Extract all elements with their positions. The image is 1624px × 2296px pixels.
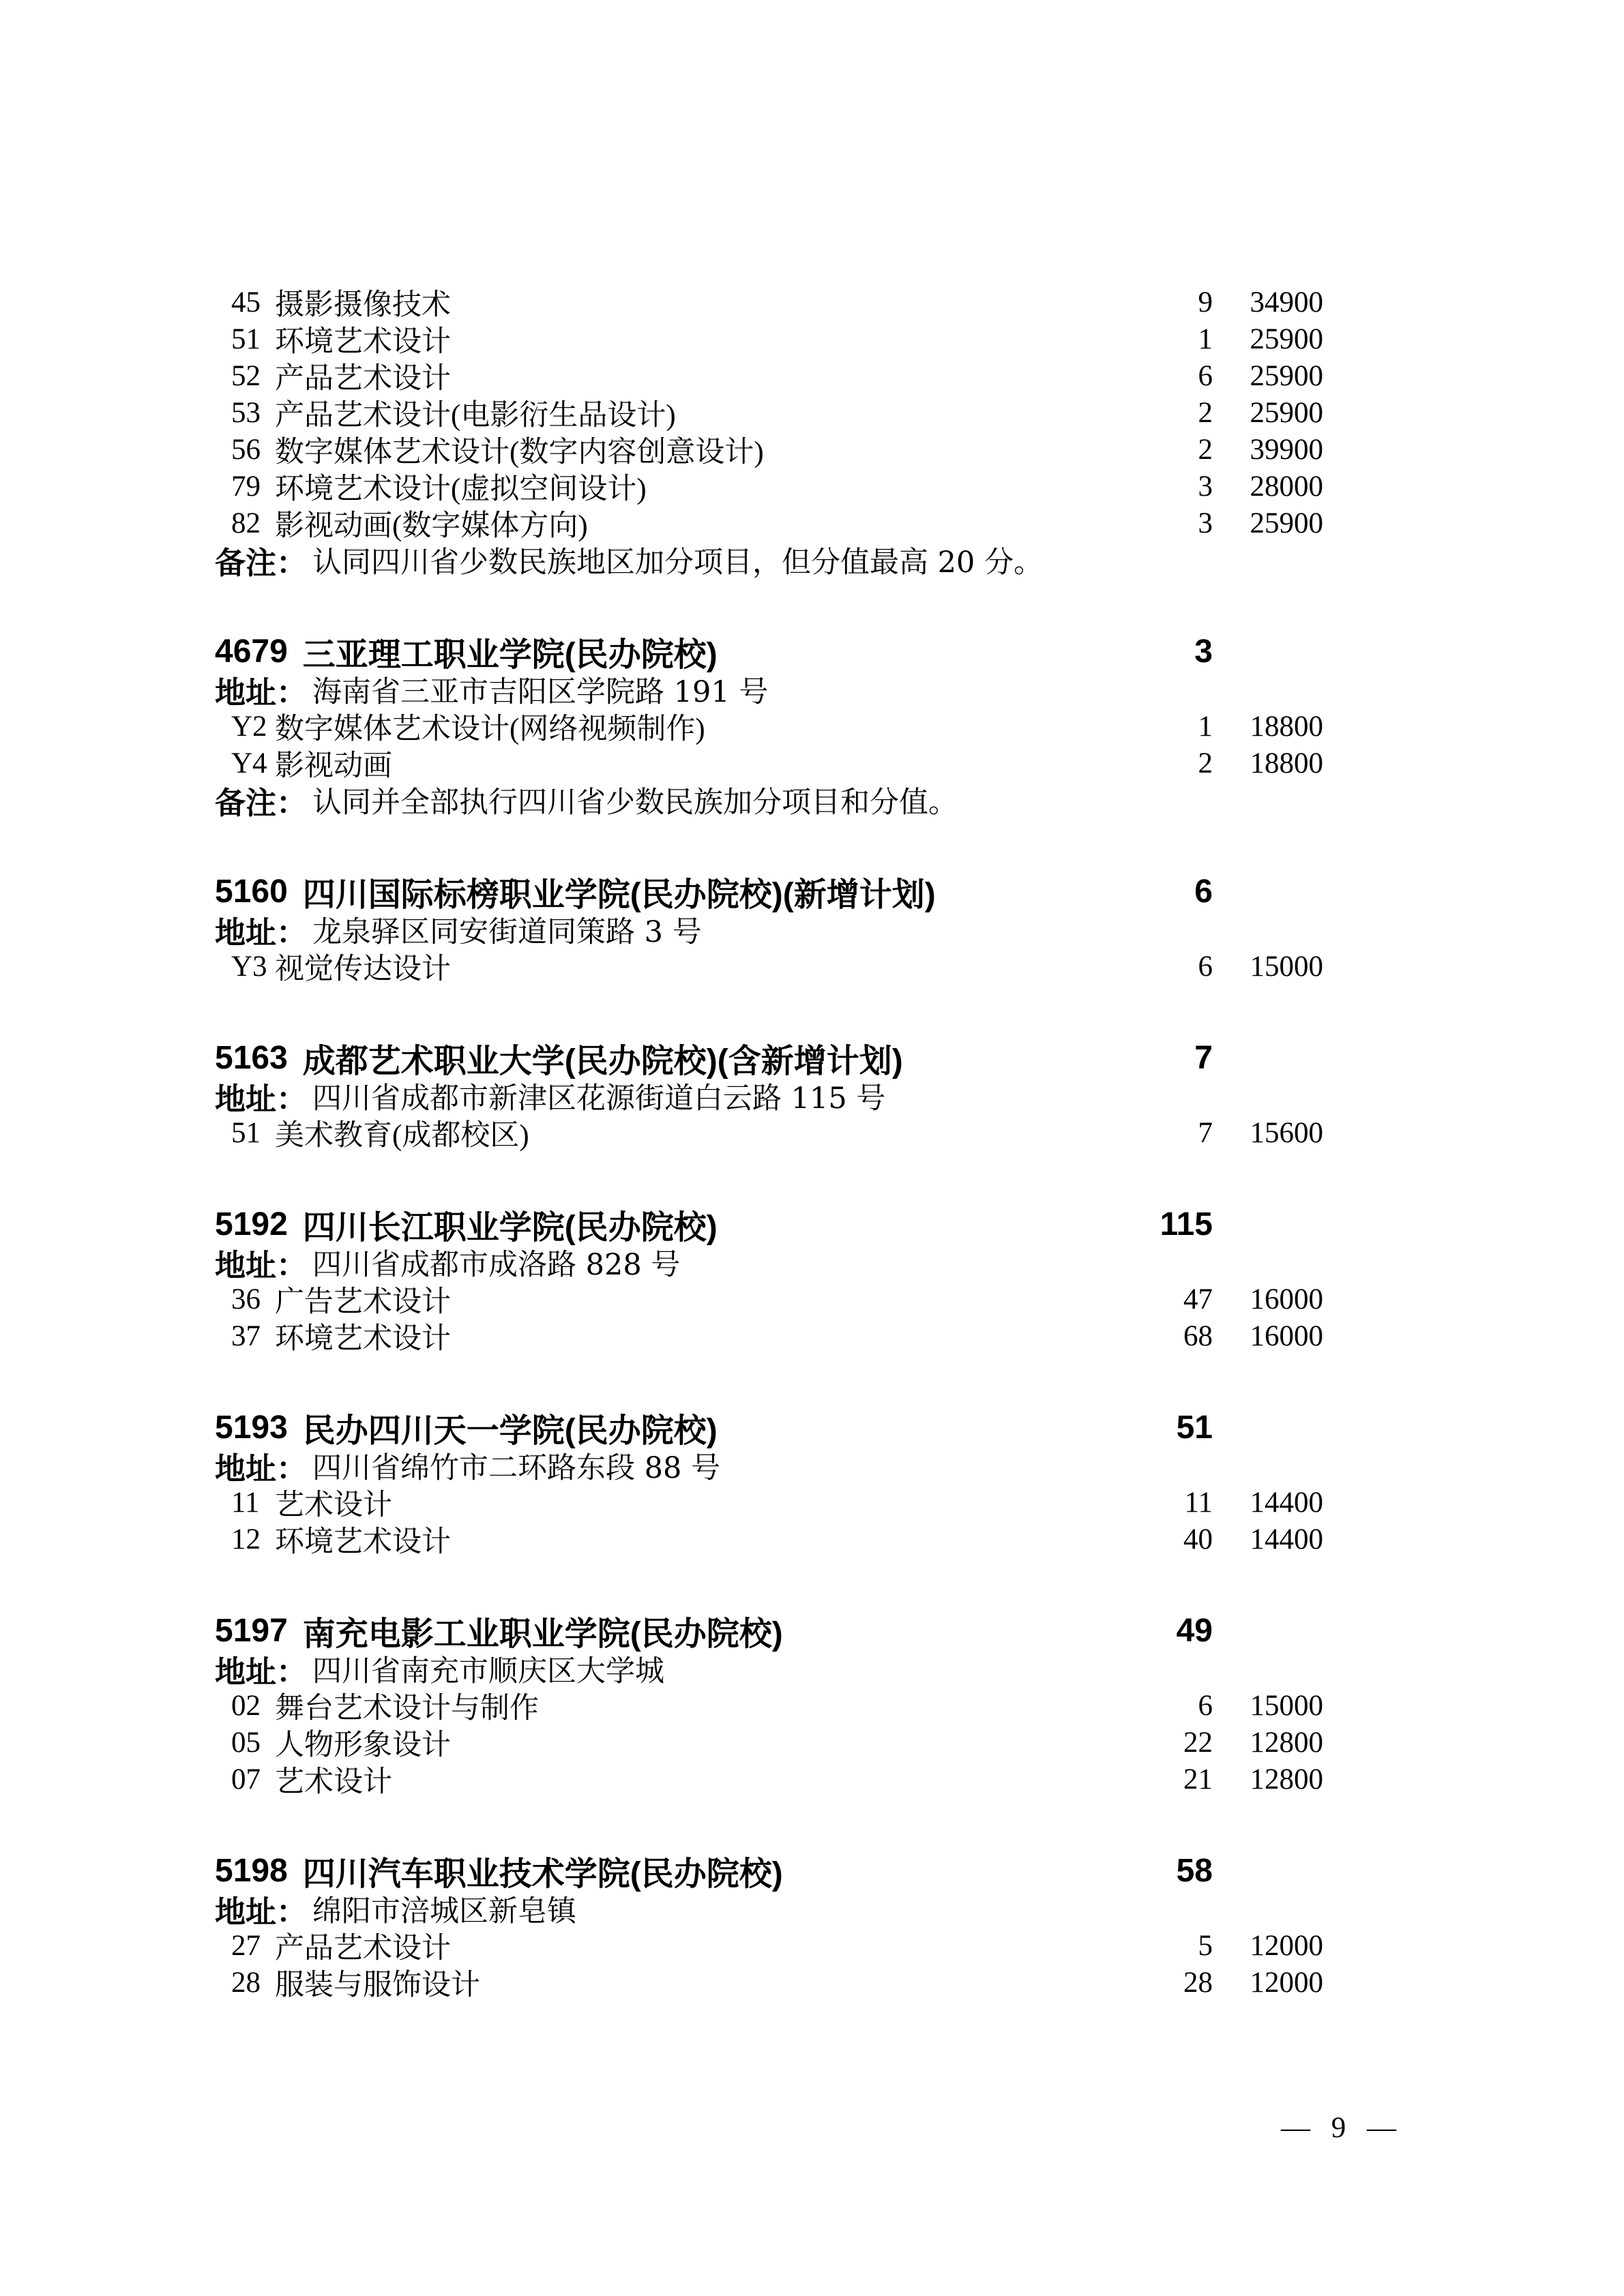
note-row: 备注： 认同四川省少数民族地区加分项目，但分值最高 20 分。 — [215, 541, 1323, 578]
address-value: 绵阳市涪城区新皂镇 — [312, 1888, 1323, 1930]
program-code: Y3 — [231, 950, 268, 983]
program-row: 79 环境艺术设计(虚拟空间设计) 3 28000 — [215, 468, 1323, 505]
institution-count: 49 — [1131, 1612, 1213, 1650]
program-fee: 12000 — [1213, 1929, 1323, 1963]
address-row: 地址： 龙泉驿区同安街道同策路 3 号 — [215, 911, 1323, 948]
program-fee: 34900 — [1213, 286, 1323, 319]
program-fee: 12800 — [1213, 1726, 1323, 1759]
program-fee: 18800 — [1213, 747, 1323, 780]
document-page: 45 摄影摄像技术 9 34900 51 环境艺术设计 1 25900 52 产… — [0, 0, 1624, 2296]
institution-code: 5163 — [215, 1039, 288, 1077]
program-code: 53 — [231, 396, 268, 430]
program-code: 36 — [231, 1283, 268, 1316]
institution-count: 58 — [1131, 1852, 1213, 1890]
note-label: 备注： — [215, 778, 307, 822]
address-row: 地址： 四川省成都市新津区花源街道白云路 115 号 — [215, 1077, 1323, 1114]
program-code: 05 — [231, 1726, 268, 1759]
program-row: 51 美术教育(成都校区) 7 15600 — [215, 1114, 1323, 1151]
program-code: 02 — [231, 1689, 268, 1723]
program-count: 7 — [1131, 1116, 1213, 1150]
program-name: 环境艺术设计 — [275, 318, 1131, 360]
page-number: — 9 — — [1281, 2111, 1403, 2145]
program-row: 37 环境艺术设计 68 16000 — [215, 1317, 1323, 1354]
program-name: 摄影摄像技术 — [275, 282, 1131, 323]
program-name: 环境艺术设计 — [275, 1315, 1131, 1357]
program-name: 影视动画(数字媒体方向) — [275, 503, 1131, 544]
program-row: 05 人物形象设计 22 12800 — [215, 1724, 1323, 1761]
institution-section: 5193 民办四川天一学院(民办院校) 51 地址： 四川省绵竹市二环路东段 8… — [215, 1407, 1323, 1557]
program-fee: 12800 — [1213, 1763, 1323, 1796]
program-count: 68 — [1131, 1320, 1213, 1353]
program-row: Y4 影视动画 2 18800 — [215, 745, 1323, 781]
address-value: 四川省成都市成洛路 828 号 — [312, 1242, 1323, 1283]
institution-name: 四川汽车职业技术学院(民办院校) — [303, 1847, 1131, 1894]
institution-code: 5197 — [215, 1612, 288, 1650]
program-code: 11 — [231, 1486, 268, 1519]
program-name: 环境艺术设计(虚拟空间设计) — [275, 466, 1131, 507]
program-name: 艺术设计 — [275, 1759, 1131, 1800]
program-code: Y4 — [231, 747, 268, 780]
program-code: 79 — [231, 470, 268, 503]
program-row: 28 服装与服饰设计 28 12000 — [215, 1964, 1323, 2001]
program-count: 1 — [1131, 710, 1213, 743]
program-code: Y2 — [231, 710, 268, 743]
program-fee: 25900 — [1213, 323, 1323, 356]
program-code: 56 — [231, 433, 268, 466]
program-row: 07 艺术设计 21 12800 — [215, 1761, 1323, 1798]
program-count: 5 — [1131, 1929, 1213, 1963]
program-count: 2 — [1131, 433, 1213, 466]
institution-name: 四川国际标榜职业学院(民办院校)(新增计划) — [303, 868, 1131, 915]
program-count: 28 — [1131, 1966, 1213, 1999]
institution-section: 5163 成都艺术职业大学(民办院校)(含新增计划) 7 地址： 四川省成都市新… — [215, 1038, 1323, 1151]
address-value: 龙泉驿区同安街道同策路 3 号 — [312, 909, 1323, 951]
program-name: 数字媒体艺术设计(数字内容创意设计) — [275, 429, 1131, 471]
institution-name: 四川长江职业学院(民办院校) — [303, 1201, 1131, 1248]
institution-name: 民办四川天一学院(民办院校) — [303, 1404, 1131, 1451]
program-code: 52 — [231, 359, 268, 393]
program-fee: 25900 — [1213, 507, 1323, 540]
page-content: 45 摄影摄像技术 9 34900 51 环境艺术设计 1 25900 52 产… — [215, 284, 1323, 2001]
program-name: 产品艺术设计(电影衍生品设计) — [275, 392, 1131, 434]
program-row: 12 环境艺术设计 40 14400 — [215, 1521, 1323, 1557]
program-row: 82 影视动画(数字媒体方向) 3 25900 — [215, 505, 1323, 541]
program-name: 影视动画 — [275, 743, 1131, 784]
institution-section: 4679 三亚理工职业学院(民办院校) 3 地址： 海南省三亚市吉阳区学院路 1… — [215, 631, 1323, 818]
program-count: 47 — [1131, 1283, 1213, 1316]
note-text: 认同并全部执行四川省少数民族加分项目和分值。 — [312, 779, 1323, 821]
program-name: 数字媒体艺术设计(网络视频制作) — [275, 706, 1131, 747]
program-code: 51 — [231, 323, 268, 356]
institution-header: 4679 三亚理工职业学院(民办院校) 3 — [215, 631, 1323, 671]
institution-header: 5197 南充电影工业职业学院(民办院校) 49 — [215, 1611, 1323, 1650]
program-row: Y3 视觉传达设计 6 15000 — [215, 948, 1323, 985]
program-fee: 16000 — [1213, 1283, 1323, 1316]
program-name: 环境艺术设计 — [275, 1519, 1131, 1560]
program-name: 产品艺术设计 — [275, 1925, 1131, 1967]
program-name: 人物形象设计 — [275, 1722, 1131, 1763]
program-code: 27 — [231, 1929, 268, 1963]
institution-count: 7 — [1131, 1039, 1213, 1077]
program-name: 服装与服饰设计 — [275, 1962, 1131, 2003]
institution-code: 5160 — [215, 873, 288, 910]
program-name: 产品艺术设计 — [275, 355, 1131, 397]
address-row: 地址： 绵阳市涪城区新皂镇 — [215, 1890, 1323, 1927]
program-fee: 12000 — [1213, 1966, 1323, 1999]
program-code: 12 — [231, 1523, 268, 1556]
institution-code: 5192 — [215, 1206, 288, 1243]
program-count: 9 — [1131, 286, 1213, 319]
program-fee: 18800 — [1213, 710, 1323, 743]
address-row: 地址： 四川省绵竹市二环路东段 88 号 — [215, 1447, 1323, 1484]
program-fee: 28000 — [1213, 470, 1323, 503]
institution-name: 三亚理工职业学院(民办院校) — [303, 628, 1131, 675]
program-row: 51 环境艺术设计 1 25900 — [215, 320, 1323, 357]
program-count: 21 — [1131, 1763, 1213, 1796]
continued-program-list: 45 摄影摄像技术 9 34900 51 环境艺术设计 1 25900 52 产… — [215, 284, 1323, 578]
program-row: 11 艺术设计 11 14400 — [215, 1484, 1323, 1521]
program-row: 02 舞台艺术设计与制作 6 15000 — [215, 1687, 1323, 1724]
program-row: 45 摄影摄像技术 9 34900 — [215, 284, 1323, 320]
institution-name: 南充电影工业职业学院(民办院校) — [303, 1607, 1131, 1654]
program-name: 美术教育(成都校区) — [275, 1112, 1131, 1154]
program-name: 艺术设计 — [275, 1482, 1131, 1523]
program-fee: 15000 — [1213, 1689, 1323, 1723]
program-code: 37 — [231, 1320, 268, 1353]
program-count: 6 — [1131, 1689, 1213, 1723]
institution-code: 5193 — [215, 1409, 288, 1446]
address-value: 四川省南充市顺庆区大学城 — [312, 1648, 1323, 1690]
institution-count: 3 — [1131, 633, 1213, 670]
program-fee: 14400 — [1213, 1523, 1323, 1556]
program-row: 56 数字媒体艺术设计(数字内容创意设计) 2 39900 — [215, 431, 1323, 468]
institution-header: 5198 四川汽车职业技术学院(民办院校) 58 — [215, 1851, 1323, 1890]
program-code: 28 — [231, 1966, 268, 1999]
program-row: 36 广告艺术设计 47 16000 — [215, 1281, 1323, 1317]
address-row: 地址： 四川省南充市顺庆区大学城 — [215, 1650, 1323, 1687]
program-row: 27 产品艺术设计 5 12000 — [215, 1927, 1323, 1964]
program-code: 51 — [231, 1116, 268, 1150]
program-row: 52 产品艺术设计 6 25900 — [215, 357, 1323, 394]
program-fee: 39900 — [1213, 433, 1323, 466]
program-row: Y2 数字媒体艺术设计(网络视频制作) 1 18800 — [215, 708, 1323, 745]
program-count: 22 — [1131, 1726, 1213, 1759]
program-count: 40 — [1131, 1523, 1213, 1556]
program-fee: 25900 — [1213, 359, 1323, 393]
program-name: 舞台艺术设计与制作 — [275, 1685, 1131, 1727]
program-row: 53 产品艺术设计(电影衍生品设计) 2 25900 — [215, 394, 1323, 431]
institution-count: 51 — [1131, 1409, 1213, 1446]
institution-header: 5160 四川国际标榜职业学院(民办院校)(新增计划) 6 — [215, 871, 1323, 911]
program-fee: 15600 — [1213, 1116, 1323, 1150]
program-fee: 16000 — [1213, 1320, 1323, 1353]
program-code: 82 — [231, 507, 268, 540]
program-fee: 25900 — [1213, 396, 1323, 430]
institution-header: 5192 四川长江职业学院(民办院校) 115 — [215, 1204, 1323, 1244]
institution-section: 5198 四川汽车职业技术学院(民办院校) 58 地址： 绵阳市涪城区新皂镇 2… — [215, 1851, 1323, 2001]
address-value: 四川省绵竹市二环路东段 88 号 — [312, 1445, 1323, 1487]
institution-section: 5192 四川长江职业学院(民办院校) 115 地址： 四川省成都市成洛路 82… — [215, 1204, 1323, 1354]
program-code: 07 — [231, 1763, 268, 1796]
program-count: 2 — [1131, 747, 1213, 780]
address-value: 四川省成都市新津区花源街道白云路 115 号 — [312, 1075, 1323, 1117]
program-count: 3 — [1131, 507, 1213, 540]
institution-code: 4679 — [215, 633, 288, 670]
institution-name: 成都艺术职业大学(民办院校)(含新增计划) — [303, 1034, 1131, 1082]
program-name: 广告艺术设计 — [275, 1279, 1131, 1320]
program-count: 2 — [1131, 396, 1213, 430]
institution-count: 6 — [1131, 873, 1213, 910]
program-code: 45 — [231, 286, 268, 319]
address-value: 海南省三亚市吉阳区学院路 191 号 — [312, 669, 1323, 711]
address-row: 地址： 海南省三亚市吉阳区学院路 191 号 — [215, 671, 1323, 708]
program-count: 3 — [1131, 470, 1213, 503]
program-count: 6 — [1131, 950, 1213, 983]
program-fee: 14400 — [1213, 1486, 1323, 1519]
program-count: 11 — [1131, 1486, 1213, 1519]
program-count: 6 — [1131, 359, 1213, 393]
institution-section: 5197 南充电影工业职业学院(民办院校) 49 地址： 四川省南充市顺庆区大学… — [215, 1611, 1323, 1798]
note-text: 认同四川省少数民族地区加分项目，但分值最高 20 分。 — [312, 539, 1323, 581]
program-name: 视觉传达设计 — [275, 946, 1131, 987]
note-row: 备注： 认同并全部执行四川省少数民族加分项目和分值。 — [215, 781, 1323, 818]
institution-header: 5193 民办四川天一学院(民办院校) 51 — [215, 1407, 1323, 1447]
institution-code: 5198 — [215, 1852, 288, 1890]
institution-section: 5160 四川国际标榜职业学院(民办院校)(新增计划) 6 地址： 龙泉驿区同安… — [215, 871, 1323, 985]
program-fee: 15000 — [1213, 950, 1323, 983]
program-count: 1 — [1131, 323, 1213, 356]
address-row: 地址： 四川省成都市成洛路 828 号 — [215, 1244, 1323, 1281]
institution-count: 115 — [1131, 1206, 1213, 1243]
institution-header: 5163 成都艺术职业大学(民办院校)(含新增计划) 7 — [215, 1038, 1323, 1077]
note-label: 备注： — [215, 538, 307, 582]
